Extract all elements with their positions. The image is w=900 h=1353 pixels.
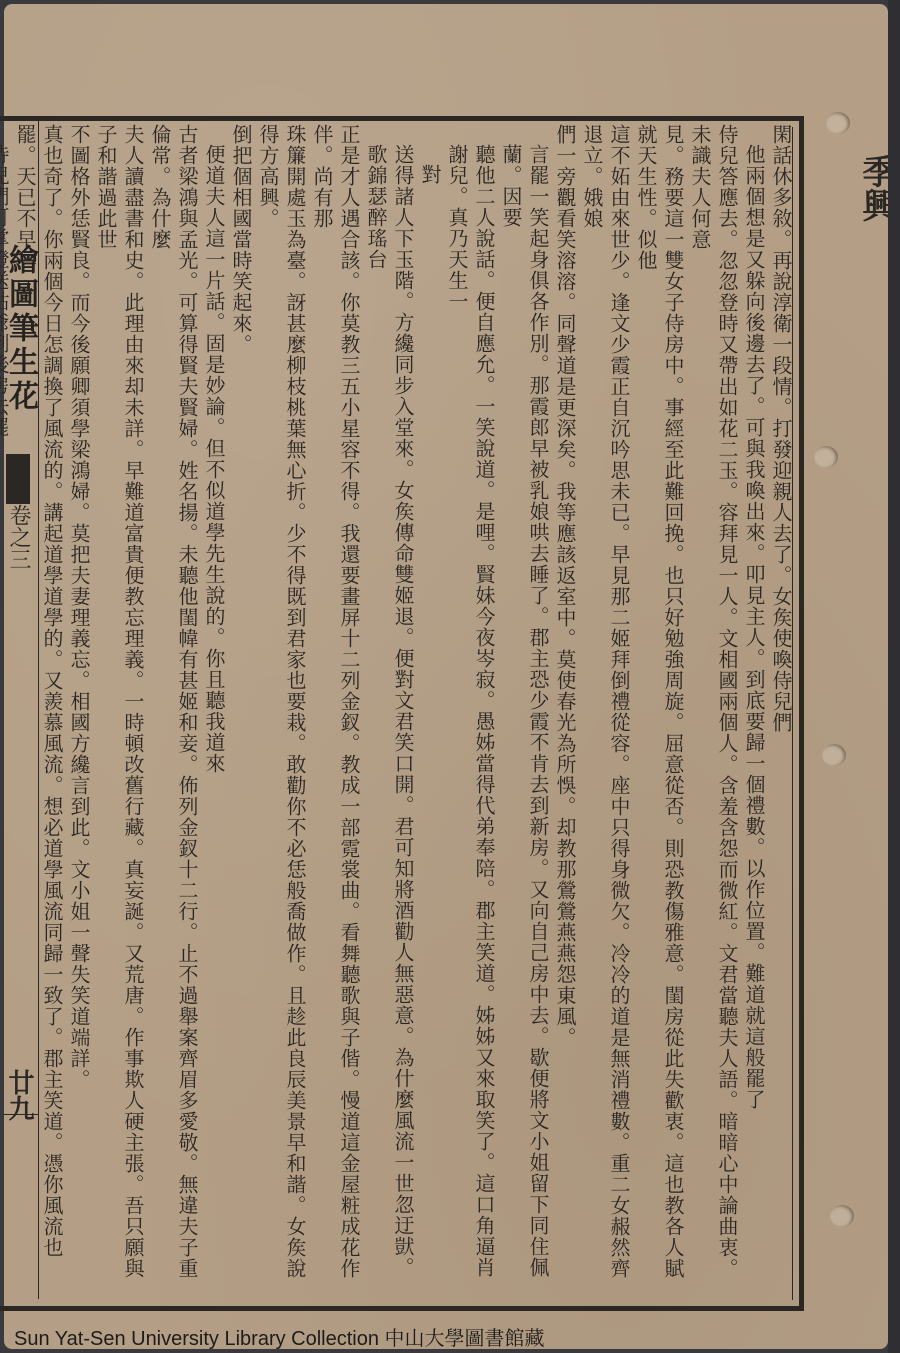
scan-edge: [888, 0, 900, 1353]
library-watermark: Sun Yat-Sen University Library Collectio…: [14, 1322, 545, 1351]
binding-hole: [826, 112, 850, 134]
text-column: 真也奇了。你兩個今日怎調換了風流的。講起道學道學的。又羨慕風流。想必道學風流同歸…: [11, 124, 65, 1294]
binding-hole: [822, 744, 846, 766]
text-column: 送得諸人下玉階。方纔同步入堂來。女矦傳命雙姬退。便對文君笑口開。君可知將酒勸人無…: [362, 124, 416, 1294]
text-column: 言罷一笑起身俱各作別。那霞郎早被乳娘哄去睡了。郡主恐少霞不肯去到新房。又向自己房…: [497, 124, 551, 1294]
text-column: 正是才人遇合該。你莫教三五小星容不得。我還要畫屏十二列金釵。教成一部霓裳曲。看舞…: [308, 124, 362, 1294]
text-column: 侍兒答應去。忽忽登時又帶出如花二玉。容拜見一人。文相國兩個人。含羞含怨而微紅。文…: [686, 124, 740, 1294]
text-column: 閑話休多敘。再說淳衛一段情。打發迎親人去了。女矦使喚侍兒們: [767, 124, 794, 1294]
text-column: 對: [416, 124, 443, 1294]
binding-hole: [830, 1205, 854, 1227]
text-column: 珠簾開處玉為臺。訝甚麼柳枝桃葉無心折。少不得既到君家也要栽。敢勸你不必恁般喬做作…: [254, 124, 308, 1294]
binding-hole: [814, 446, 838, 468]
text-column: 夫人讀盡書和史。此理由來却未詳。早難道富貴便教忘理義。一時頓改舊行藏。真妄誕。又…: [92, 124, 146, 1294]
text-column: 這不妬由來世少。逢文少霞正自沉吟思未已。早見那二姬拜倒禮從容。座中只得身微欠。冷…: [578, 124, 632, 1294]
text-column: 聽他二人說話。便自應允。一笑說道。是哩。賢妹今夜岑寂。愚姊當得代弟奉陪。郡主笑道…: [443, 124, 497, 1294]
text-column: 侍兒們可掌燈送姑爺到後房去罷: [0, 124, 11, 1294]
text-column: 他兩個想是又躲向後邊去了。可與我喚出來。叩見主人。到底要歸一個禮數。以作位置。難…: [740, 124, 767, 1294]
text-column: 便道夫人這一片話。固是妙論。但不似道學先生說的。你且聽我道來: [200, 124, 227, 1294]
text-column: 古者梁鴻與孟光。可算得賢夫賢婦。姓名揚。未聽他閨幃有甚姬和妾。佈列金釵十二行。止…: [146, 124, 200, 1294]
book-page: 季興 繪圖筆生花 卷之三 廿九 閑話休多敘。再說淳衛一段情。打發迎親人去了。女矦…: [4, 4, 888, 1349]
vertical-text-body: 閑話休多敘。再說淳衛一段情。打發迎親人去了。女矦使喚侍兒們他兩個想是又躲向後邊去…: [42, 124, 794, 1294]
text-column: 不圖格外恁賢良。而今後願卿須學梁鴻婦。莫把夫妻理義忘。相國方纔言到此。文小姐一聲…: [65, 124, 92, 1294]
text-column: 們一旁觀看笑溶溶。同聲道是更深矣。我等應該返室中。莫使春光為所悞。却教那鶯鶯燕燕…: [551, 124, 578, 1294]
text-column: 見。務要這一雙女子侍房中。事經至此難回挽。也只好勉強周旋。屈意從否。則恐教傷雅意…: [632, 124, 686, 1294]
text-column: 倒把個相國當時笑起來。: [227, 124, 254, 1294]
